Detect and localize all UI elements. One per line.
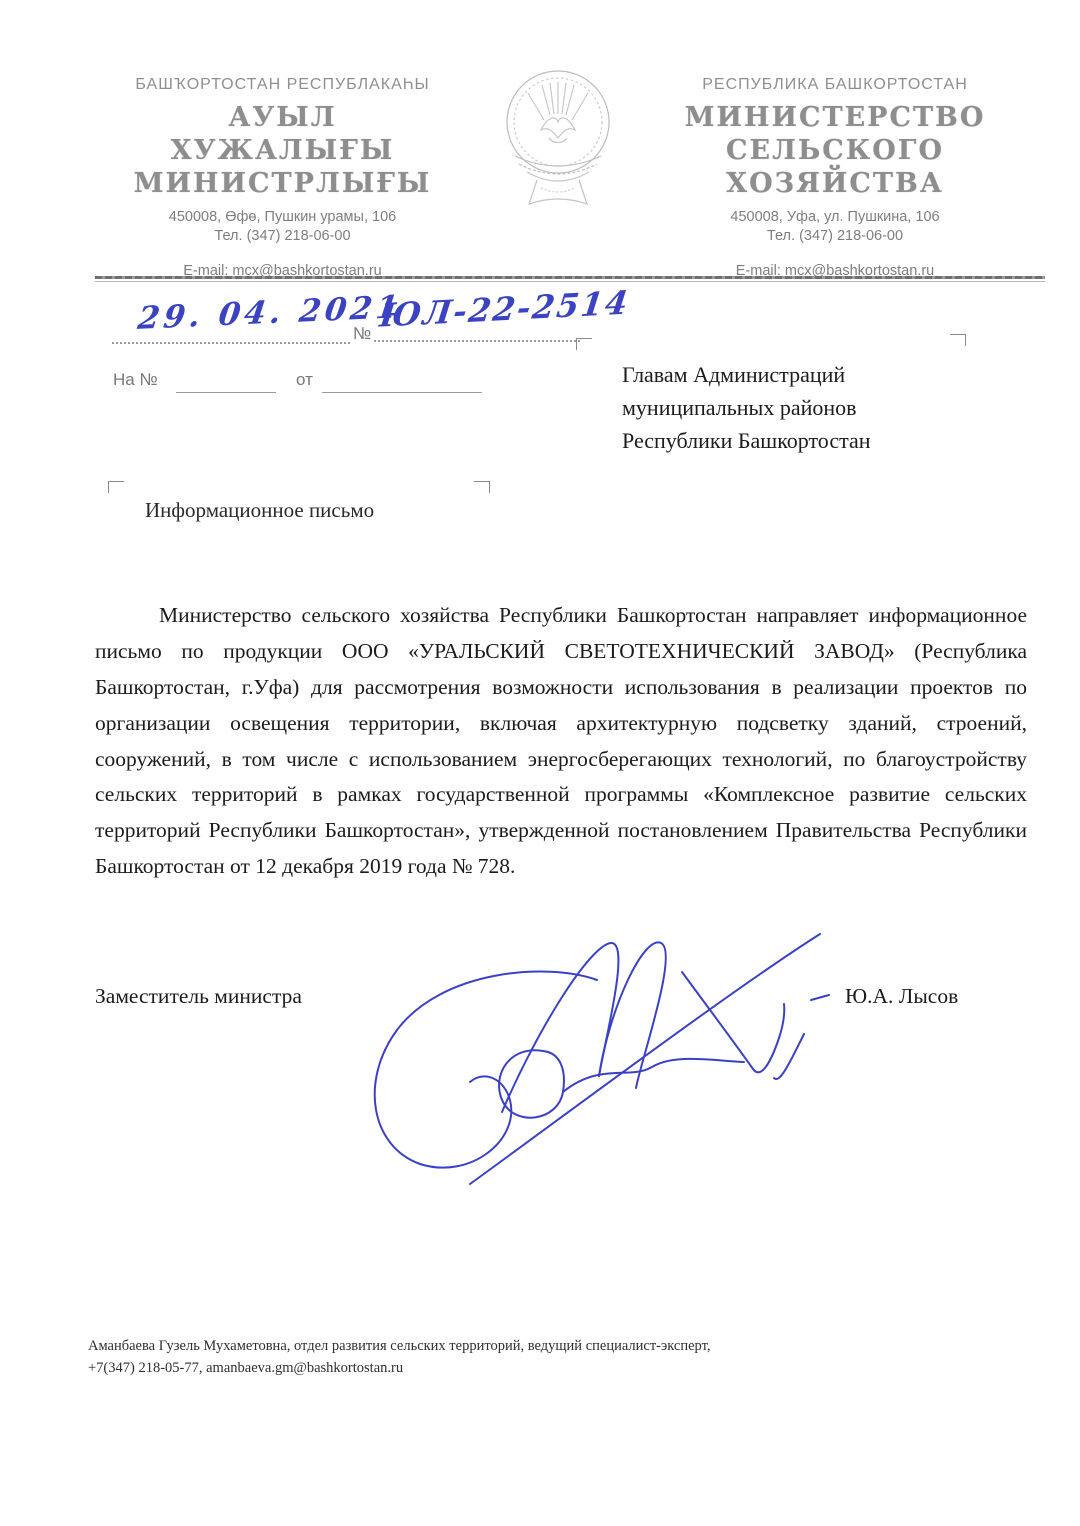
subject-corner-mark-right	[474, 481, 490, 493]
subject-corner-mark-left	[108, 481, 124, 493]
letterhead-left-org-line3: МИНИСТРЛЫҒЫ	[105, 168, 460, 201]
recipient-corner-mark-left	[576, 338, 592, 350]
letterhead-divider	[95, 276, 1045, 282]
letterhead-right-org-line2: СЕЛЬСКОГО	[650, 135, 1020, 168]
number-underline	[374, 339, 580, 342]
letter-subject: Информационное письмо	[145, 498, 374, 523]
recipient-line1: Главам Администраций	[622, 358, 942, 391]
contact-footer: Аманбаева Гузель Мухаметовна, отдел разв…	[88, 1336, 808, 1380]
recipient-block: Главам Администраций муниципальных район…	[622, 358, 942, 457]
letterhead-right-org-line3: ХОЗЯЙСТВА	[650, 168, 1020, 201]
scanned-letter-page: БАШҠОРТОСТАН РЕСПУБЛАКАҺЫ АУЫЛ ХУЖАЛЫҒЫ …	[0, 0, 1080, 1526]
reply-number-label: На №	[113, 370, 158, 390]
date-underline	[112, 341, 350, 344]
letterhead-left-org-line1: АУЫЛ	[105, 102, 460, 135]
contact-footer-line2: +7(347) 218-05-77, amanbaeva.gm@bashkort…	[88, 1358, 808, 1380]
letterhead-left-org-line2: ХУЖАЛЫҒЫ	[105, 135, 460, 168]
reply-date-underline	[322, 391, 482, 393]
contact-footer-line1: Аманбаева Гузель Мухаметовна, отдел разв…	[88, 1336, 808, 1358]
letterhead-left-address: 450008, Өфө, Пушкин урамы, 106 Тел. (347…	[105, 208, 460, 247]
recipient-corner-mark-right	[950, 334, 966, 346]
letterhead-left-phone: Тел. (347) 218-06-00	[105, 227, 460, 247]
handwritten-number: ЮЛ-22-2514	[378, 283, 632, 334]
reply-number-underline	[176, 391, 276, 393]
signer-name: Ю.А. Лысов	[845, 984, 958, 1009]
letterhead-right-address-line: 450008, Уфа, ул. Пушкина, 106	[650, 208, 1020, 228]
letterhead-right-republic: РЕСПУБЛИКА БАШКОРТОСТАН	[650, 76, 1020, 94]
letterhead-left-address-line: 450008, Өфө, Пушкин урамы, 106	[105, 208, 460, 228]
letterhead-left: БАШҠОРТОСТАН РЕСПУБЛАКАҺЫ АУЫЛ ХУЖАЛЫҒЫ …	[105, 76, 460, 279]
signer-position: Заместитель министра	[95, 984, 302, 1009]
letterhead-right-address: 450008, Уфа, ул. Пушкина, 106 Тел. (347)…	[650, 208, 1020, 247]
letterhead-right-phone: Тел. (347) 218-06-00	[650, 227, 1020, 247]
letterhead-right: РЕСПУБЛИКА БАШКОРТОСТАН МИНИСТЕРСТВО СЕЛ…	[650, 76, 1020, 279]
letterhead-left-republic: БАШҠОРТОСТАН РЕСПУБЛАКАҺЫ	[105, 76, 460, 94]
letter-body: Министерство сельского хозяйства Республ…	[95, 598, 1027, 885]
bashkortostan-coat-of-arms-icon	[497, 60, 619, 218]
reply-from-label: от	[296, 370, 313, 390]
number-label: №	[353, 324, 371, 344]
recipient-line2: муниципальных районов	[622, 391, 942, 424]
letterhead-right-org-line1: МИНИСТЕРСТВО	[650, 102, 1020, 135]
recipient-line3: Республики Башкортостан	[622, 424, 942, 457]
handwritten-signature	[352, 912, 842, 1202]
